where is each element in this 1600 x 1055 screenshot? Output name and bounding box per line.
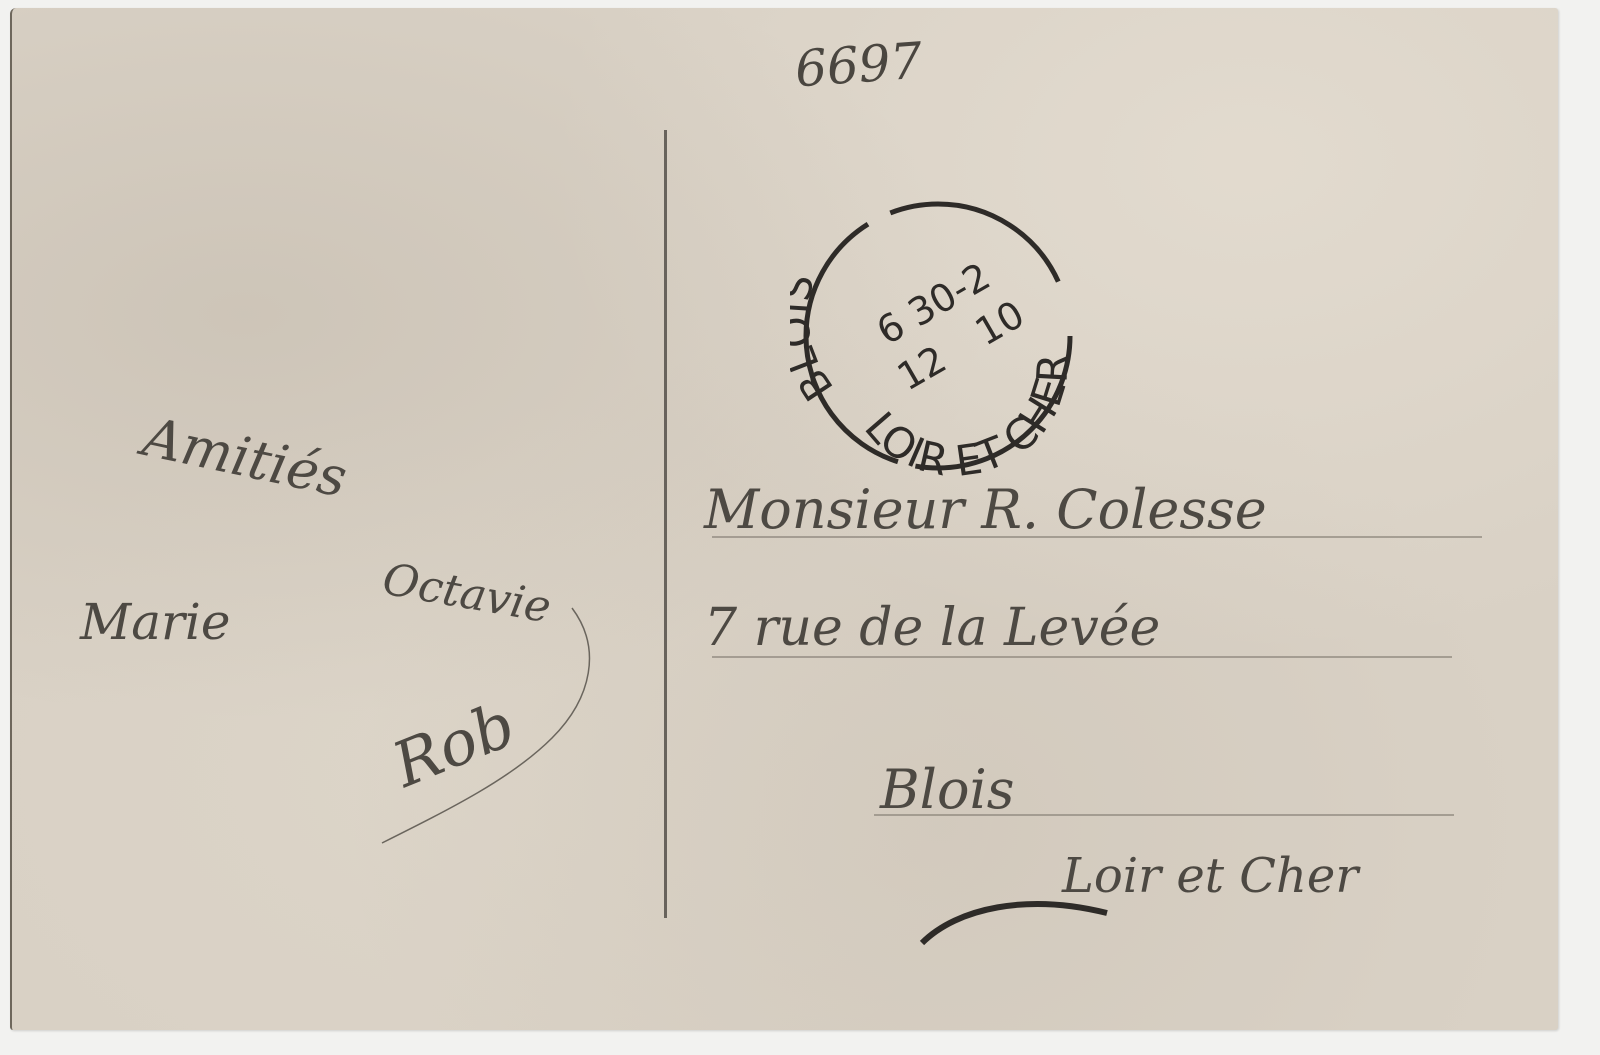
address-rule-1 bbox=[712, 536, 1482, 538]
reference-number: 6697 bbox=[793, 32, 924, 99]
message-greeting: Amitiés bbox=[138, 405, 353, 509]
address-city: Blois bbox=[880, 758, 1014, 821]
address-rule-2 bbox=[712, 656, 1452, 658]
address-street: 7 rue de la Levée bbox=[704, 598, 1160, 658]
signature-marie: Marie bbox=[80, 593, 231, 651]
signature-flourish bbox=[372, 588, 612, 858]
partial-postmark-arc bbox=[917, 888, 1117, 948]
center-divider bbox=[664, 130, 667, 918]
postmark-town: BLOIS bbox=[790, 270, 843, 409]
postcard-back: 6697 Amitiés Marie Octavie Rob BLOIS LOI… bbox=[10, 8, 1558, 1030]
postmark: BLOIS LOIR ET CHER 6 30 -2 12 10 bbox=[790, 188, 1080, 478]
postmark-region: LOIR ET CHER bbox=[855, 352, 1078, 478]
address-rule-3 bbox=[874, 814, 1454, 816]
address-recipient: Monsieur R. Colesse bbox=[704, 478, 1267, 541]
